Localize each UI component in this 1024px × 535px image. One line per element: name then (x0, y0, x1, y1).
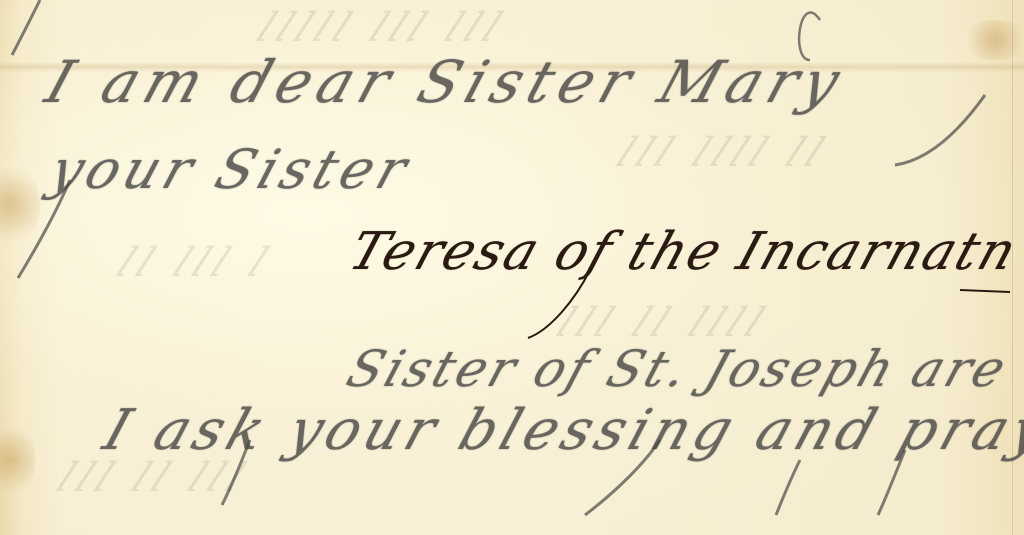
closing-line: I am dear Sister Mary (38, 48, 855, 116)
letter-page: lllll lll lll lll llll ll ll lll l lll l… (0, 0, 1024, 535)
paper-stain (0, 420, 35, 500)
signature: Teresa of the Incarnatn (342, 222, 1024, 282)
valediction-line: your Sister (42, 138, 420, 201)
religious-order-line: Sister of St. Joseph are (340, 340, 1016, 398)
paper-stain (960, 20, 1024, 60)
bleed-through-text: lllll lll lll (249, 5, 515, 51)
bleed-through-text: lll llll ll (609, 130, 837, 176)
bleed-through-text: ll lll l (109, 240, 281, 286)
paper-stain (0, 160, 40, 250)
request-line: I ask your blessing and prayers (96, 398, 1024, 463)
